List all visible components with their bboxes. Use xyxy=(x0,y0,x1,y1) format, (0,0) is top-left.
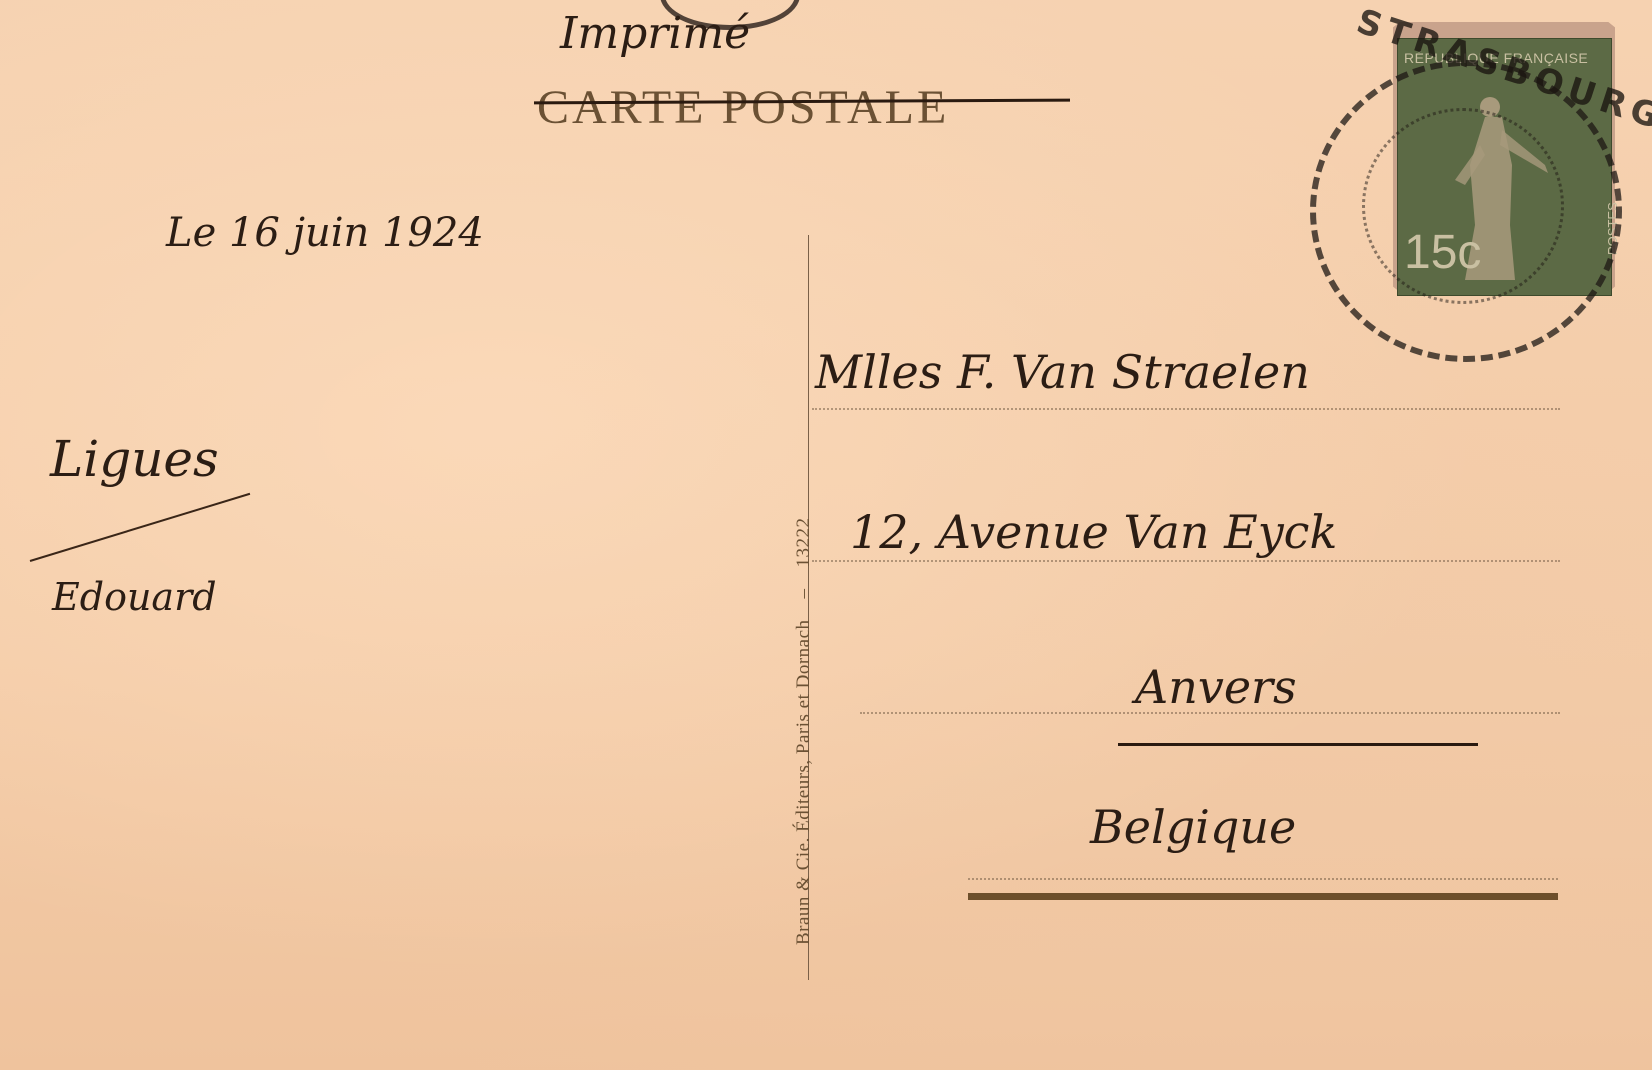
address-country: Belgique xyxy=(1090,800,1296,854)
publisher-number: 13222 xyxy=(793,517,814,567)
publisher-imprint: Braun & Cie. Éditeurs, Paris et Dornach … xyxy=(793,517,815,945)
signature-line-2: Edouard xyxy=(52,575,217,619)
city-underline xyxy=(1118,743,1478,746)
address-street: 12, Avenue Van Eyck xyxy=(850,505,1337,559)
publisher-separator: – xyxy=(793,588,814,598)
address-base-rule xyxy=(968,893,1558,900)
signature-underline xyxy=(30,493,251,562)
postmark-inner-ring xyxy=(1362,108,1564,304)
address-line-1-rule xyxy=(812,408,1560,410)
printed-title-carte-postale: CARTE POSTALE xyxy=(537,80,949,135)
address-line-2-rule xyxy=(812,560,1560,562)
signature-line-1: Ligues xyxy=(50,430,219,488)
address-line-4-rule xyxy=(968,878,1558,880)
address-city: Anvers xyxy=(1135,660,1297,714)
message-date: Le 16 juin 1924 xyxy=(166,210,484,256)
address-recipient: Mlles F. Van Straelen xyxy=(815,345,1310,399)
postcard-back: Imprimé CARTE POSTALE Le 16 juin 1924 Li… xyxy=(0,0,1652,1070)
publisher-text: Braun & Cie. Éditeurs, Paris et Dornach xyxy=(793,619,814,945)
handwritten-imprime: Imprimé xyxy=(560,8,750,59)
